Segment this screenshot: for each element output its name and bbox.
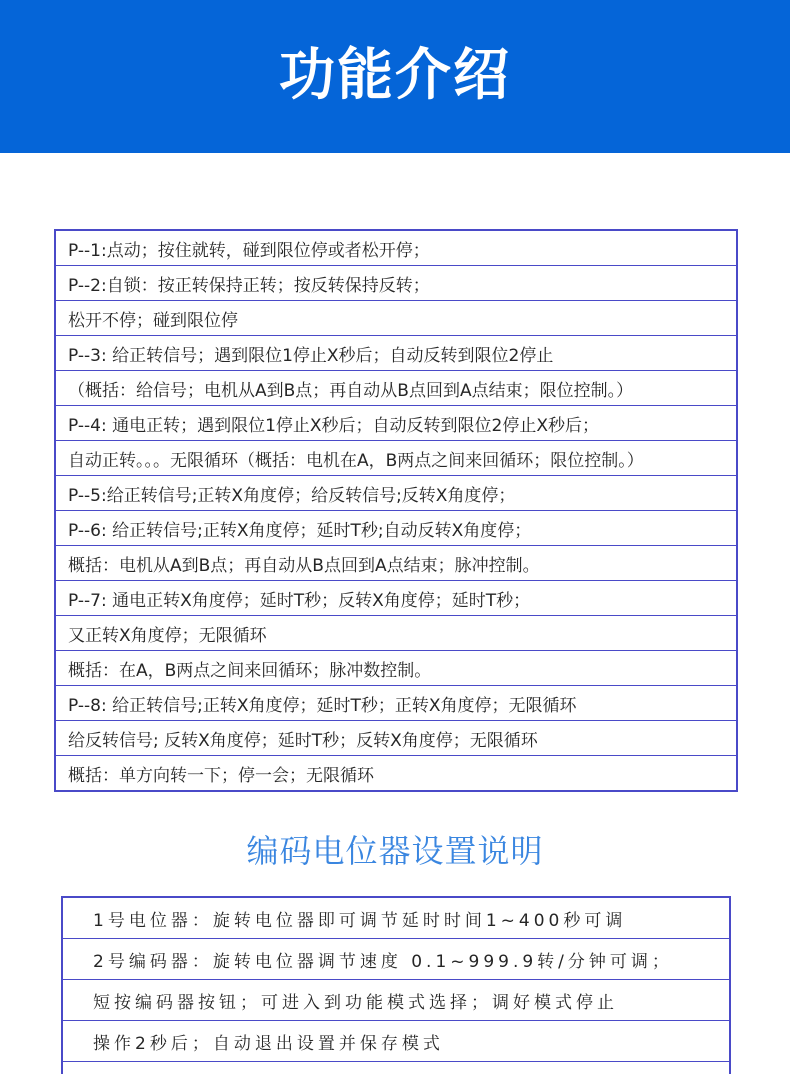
table-row: 短按编码器按钮；可进入到功能模式选择；调好模式停止 xyxy=(63,980,729,1021)
table-row: P--8: 给正转信号;正转X角度停；延时T秒；正转X角度停；无限循环 xyxy=(56,686,736,721)
table-row: P--5:给正转信号;正转X角度停；给反转信号;反转X角度停； xyxy=(56,476,736,511)
table-row: 概括：单方向转一下；停一会；无限循环 xyxy=(56,756,736,791)
section-title: 编码电位器设置说明 xyxy=(0,826,790,872)
table-row: （概括：给信号；电机从A到B点；再自动从B点回到A点结束；限位控制。） xyxy=(56,371,736,406)
table-row: 操作2秒后；自动退出设置并保存模式 xyxy=(63,1021,729,1062)
function-table: P--1:点动；按住就转，碰到限位停或者松开停； P--2:自锁：按正转保持正转… xyxy=(54,229,738,792)
encoder-settings-table: 1号电位器：旋转电位器即可调节延时时间1~400秒可调 2号编码器：旋转电位器调… xyxy=(61,896,731,1074)
table-row: P--6: 给正转信号;正转X角度停；延时T秒;自动反转X角度停； xyxy=(56,511,736,546)
table-row: P--7: 通电正转X角度停；延时T秒；反转X角度停；延时T秒； xyxy=(56,581,736,616)
table-row: 概括：在A，B两点之间来回循环；脉冲数控制。 xyxy=(56,651,736,686)
table-row: P--4: 通电正转；遇到限位1停止X秒后；自动反转到限位2停止X秒后； xyxy=(56,406,736,441)
table-row: 自动正转。。。无限循环（概括：电机在A，B两点之间来回循环；限位控制。） xyxy=(56,441,736,476)
table-row: 又正转X角度停；无限循环 xyxy=(56,616,736,651)
table-row: 概括：电机从A到B点；再自动从B点回到A点结束；脉冲控制。 xyxy=(56,546,736,581)
table-row-partial xyxy=(63,1062,729,1074)
table-row: P--2:自锁：按正转保持正转；按反转保持反转； xyxy=(56,266,736,301)
table-row: P--3: 给正转信号；遇到限位1停止X秒后；自动反转到限位2停止 xyxy=(56,336,736,371)
header-banner: 功能介绍 xyxy=(0,0,790,153)
table-row: 2号编码器：旋转电位器调节速度 0.1~999.9转/分钟可调； xyxy=(63,939,729,980)
table-row: P--1:点动；按住就转，碰到限位停或者松开停； xyxy=(56,231,736,266)
table-row: 松开不停；碰到限位停 xyxy=(56,301,736,336)
table-row: 1号电位器：旋转电位器即可调节延时时间1~400秒可调 xyxy=(63,898,729,939)
page-title: 功能介绍 xyxy=(279,31,511,111)
table-row: 给反转信号; 反转X角度停；延时T秒；反转X角度停；无限循环 xyxy=(56,721,736,756)
